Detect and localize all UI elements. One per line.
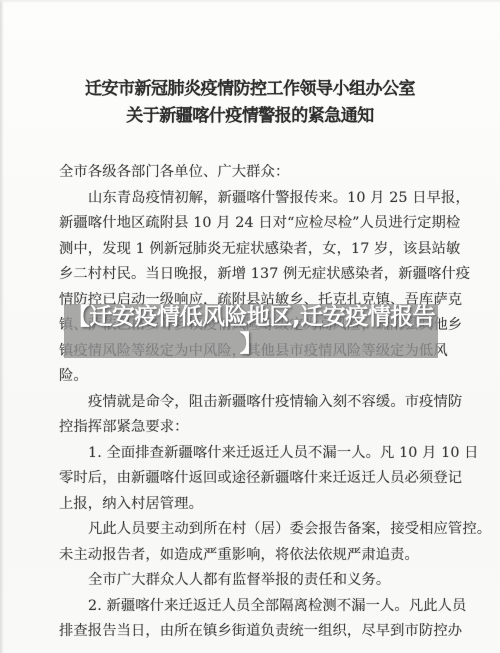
document-line: 控指挥部紧急要求： [59, 415, 447, 441]
document-title: 迁安市新冠肺炎疫情防控工作领导小组办公室 关于新疆喀什疫情警报的紧急通知 [30, 76, 470, 130]
document-line: 排查报告当日，由所在镇乡街道负责统一组织，尽早到市防控办 [59, 619, 447, 645]
document-line: 险。 [59, 364, 447, 390]
paper-left-edge [0, 0, 4, 653]
title-line-1: 迁安市新冠肺炎疫情防控工作领导小组办公室 [30, 76, 470, 103]
document-line: 未主动报告者，如造成严重影响，将依法依规严肃追责。 [59, 543, 447, 569]
title-line-2: 关于新疆喀什疫情警报的紧急通知 [30, 103, 470, 130]
document-line: 全市广大群众人人都有监督举报的责任和义务。 [59, 568, 447, 594]
document-photo: 迁安市新冠肺炎疫情防控工作领导小组办公室 关于新疆喀什疫情警报的紧急通知 全市各… [0, 0, 500, 653]
paper-top-edge [0, 0, 500, 3]
overlay-caption: 【迁安疫情低风险地区,迁安疫情报告 】 [64, 304, 438, 358]
document-line: 全市各级各部门各单位、广大群众： [59, 160, 447, 186]
document-line: 山东青岛疫情初解，新疆喀什警报传来。10 月 25 日早报， [59, 186, 447, 212]
document-line: 2. 新疆喀什来迁返迁人员全部隔离检测不漏一人。凡此人员 [59, 594, 447, 620]
overlay-caption-line-2: 】 [240, 331, 263, 358]
document-line: 新疆喀什地区疏附县 10 月 24 日对“应检尽检”人员进行定期检 [59, 211, 447, 237]
document-line: 1. 全面排查新疆喀什来迁返迁人员不漏一人。凡 10 月 10 日 [59, 441, 447, 467]
document-line: 上报，纳入村居管理。 [59, 492, 447, 518]
document-line: 测中，发现 1 例新冠肺炎无症状感染者，女，17 岁，该县站敏 [59, 237, 447, 263]
document-line: 乡二村村民。当日晚报，新增 137 例无症状感染者，新疆喀什疫 [59, 262, 447, 288]
overlay-caption-line-1: 【迁安疫情低风险地区,迁安疫情报告 [67, 304, 435, 331]
document-line: 凡此人员要主动到所在村（居）委会报告备案，接受相应管控。 [59, 517, 447, 543]
document-line: 零时后，由新疆喀什返回或途径新疆喀什来迁返迁人员必须登记 [59, 466, 447, 492]
document-body: 全市各级各部门各单位、广大群众：山东青岛疫情初解，新疆喀什警报传来。10 月 2… [59, 160, 447, 645]
document-line: 疫情就是命令，阻击新疆喀什疫情输入刻不容缓。市疫情防 [59, 390, 447, 416]
